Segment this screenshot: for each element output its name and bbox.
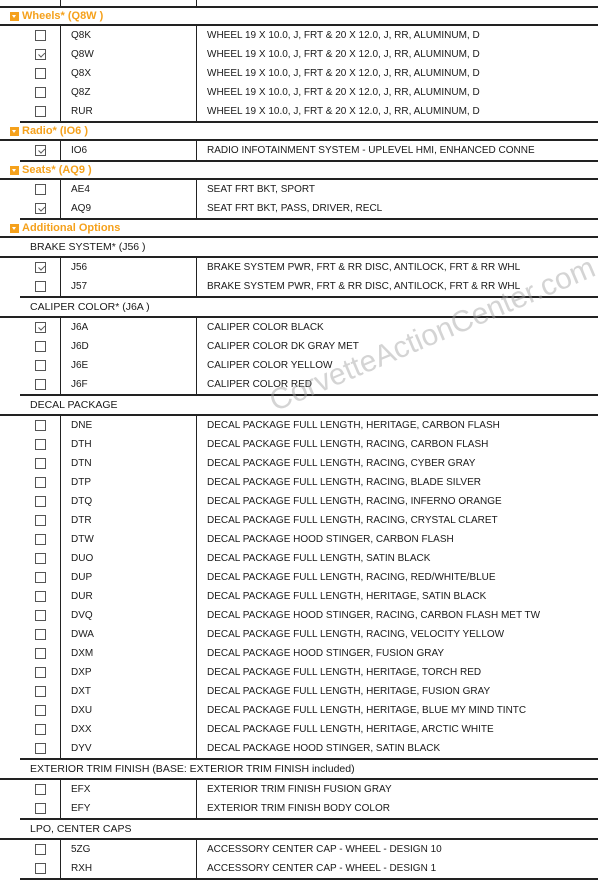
option-row[interactable]: DTPDECAL PACKAGE FULL LENGTH, RACING, BL… (20, 473, 598, 492)
option-code: DTQ (60, 492, 196, 511)
option-row[interactable]: Q8WWHEEL 19 X 10.0, J, FRT & 20 X 12.0, … (20, 45, 598, 64)
option-row[interactable]: DUPDECAL PACKAGE FULL LENGTH, RACING, RE… (20, 568, 598, 587)
option-description: DECAL PACKAGE FULL LENGTH, RACING, RED/W… (196, 568, 598, 587)
option-group-title: LPO, CENTER CAPS (0, 820, 598, 840)
checkbox[interactable] (35, 360, 46, 371)
option-description: SEAT FRT BKT, PASS, DRIVER, RECL (196, 199, 598, 218)
checkbox[interactable] (35, 68, 46, 79)
checkbox-cell (20, 26, 60, 45)
checkbox-cell (20, 720, 60, 739)
checkbox-cell (20, 780, 60, 799)
option-code: J6A (60, 318, 196, 337)
option-description: BRAKE SYSTEM PWR, FRT & RR DISC, ANTILOC… (196, 277, 598, 296)
option-code: J6E (60, 356, 196, 375)
wheels-options: Q8KWHEEL 19 X 10.0, J, FRT & 20 X 12.0, … (20, 26, 598, 123)
checkbox-cell (20, 83, 60, 102)
option-description: ACCESSORY CENTER CAP - WHEEL - DESIGN 10 (196, 840, 598, 859)
option-row[interactable]: DWADECAL PACKAGE FULL LENGTH, RACING, VE… (20, 625, 598, 644)
option-code: DYV (60, 739, 196, 758)
option-row[interactable]: DXTDECAL PACKAGE FULL LENGTH, HERITAGE, … (20, 682, 598, 701)
option-description: DECAL PACKAGE HOOD STINGER, FUSION GRAY (196, 644, 598, 663)
option-code: J6F (60, 375, 196, 394)
option-code: DXT (60, 682, 196, 701)
option-row[interactable]: Q8ZWHEEL 19 X 10.0, J, FRT & 20 X 12.0, … (20, 83, 598, 102)
checkbox[interactable] (35, 686, 46, 697)
checkbox[interactable] (35, 648, 46, 659)
option-row[interactable]: RXHACCESSORY CENTER CAP - WHEEL - DESIGN… (20, 859, 598, 878)
checkbox-cell (20, 258, 60, 277)
option-code: EFX (60, 780, 196, 799)
additional-options-groups: BRAKE SYSTEM* (J56 )J56BRAKE SYSTEM PWR,… (0, 238, 598, 880)
checkbox-cell (20, 587, 60, 606)
checkbox-cell (20, 45, 60, 64)
option-code: DXP (60, 663, 196, 682)
section-header-additional-options[interactable]: Additional Options (0, 220, 598, 238)
option-description: ACCESSORY CENTER CAP - WHEEL - DESIGN 1 (196, 859, 598, 878)
checkbox[interactable] (35, 439, 46, 450)
option-row[interactable]: DVQDECAL PACKAGE HOOD STINGER, RACING, C… (20, 606, 598, 625)
option-code: DTN (60, 454, 196, 473)
checkbox[interactable] (35, 803, 46, 814)
option-description: DECAL PACKAGE FULL LENGTH, HERITAGE, TOR… (196, 663, 598, 682)
option-group-title: CALIPER COLOR* (J6A ) (0, 298, 598, 318)
option-description: WHEEL 19 X 10.0, J, FRT & 20 X 12.0, J, … (196, 102, 598, 121)
option-code: DTR (60, 511, 196, 530)
collapse-arrow-icon[interactable] (10, 224, 19, 233)
option-description: DECAL PACKAGE FULL LENGTH, RACING, VELOC… (196, 625, 598, 644)
option-group-rows: EFXEXTERIOR TRIM FINISH FUSION GRAYEFYEX… (20, 780, 598, 820)
option-code: DTH (60, 435, 196, 454)
checkbox-cell (20, 859, 60, 878)
checkbox-cell (20, 141, 60, 160)
checkbox-cell (20, 625, 60, 644)
option-description: DECAL PACKAGE FULL LENGTH, RACING, BLADE… (196, 473, 598, 492)
checkbox[interactable] (35, 341, 46, 352)
option-row[interactable]: AE4SEAT FRT BKT, SPORT (20, 180, 598, 199)
checkbox-cell (20, 701, 60, 720)
checked-checkbox[interactable] (35, 145, 46, 156)
option-row[interactable]: DUODECAL PACKAGE FULL LENGTH, SATIN BLAC… (20, 549, 598, 568)
checkbox-cell (20, 180, 60, 199)
checkbox[interactable] (35, 496, 46, 507)
checkbox-cell (20, 492, 60, 511)
checkbox-cell (20, 356, 60, 375)
checkbox[interactable] (35, 458, 46, 469)
checkbox[interactable] (35, 863, 46, 874)
section-title: Additional Options (22, 222, 120, 234)
option-description: EXTERIOR TRIM FINISH FUSION GRAY (196, 780, 598, 799)
option-description: WHEEL 19 X 10.0, J, FRT & 20 X 12.0, J, … (196, 83, 598, 102)
option-code: DUR (60, 587, 196, 606)
checked-checkbox[interactable] (35, 322, 46, 333)
option-description: DECAL PACKAGE FULL LENGTH, HERITAGE, CAR… (196, 416, 598, 435)
section-header-wheels[interactable]: Wheels* (Q8W ) (0, 8, 598, 26)
option-row[interactable]: DXXDECAL PACKAGE FULL LENGTH, HERITAGE, … (20, 720, 598, 739)
option-group-title: EXTERIOR TRIM FINISH (BASE: EXTERIOR TRI… (0, 760, 598, 780)
option-description: WHEEL 19 X 10.0, J, FRT & 20 X 12.0, J, … (196, 45, 598, 64)
option-description: DECAL PACKAGE FULL LENGTH, RACING, CRYST… (196, 511, 598, 530)
option-row[interactable]: RURWHEEL 19 X 10.0, J, FRT & 20 X 12.0, … (20, 102, 598, 121)
checkbox-cell (20, 511, 60, 530)
option-code: Q8Z (60, 83, 196, 102)
checkbox[interactable] (35, 610, 46, 621)
option-code: AQ9 (60, 199, 196, 218)
checkbox[interactable] (35, 844, 46, 855)
option-description: DECAL PACKAGE HOOD STINGER, SATIN BLACK (196, 739, 598, 758)
option-row[interactable]: J6DCALIPER COLOR DK GRAY MET (20, 337, 598, 356)
checkbox[interactable] (35, 281, 46, 292)
option-code: DUO (60, 549, 196, 568)
option-description: DECAL PACKAGE HOOD STINGER, RACING, CARB… (196, 606, 598, 625)
checkbox[interactable] (35, 420, 46, 431)
checkbox-cell (20, 64, 60, 83)
previous-table-end (0, 0, 598, 8)
checkbox[interactable] (35, 667, 46, 678)
option-row[interactable]: DTQDECAL PACKAGE FULL LENGTH, RACING, IN… (20, 492, 598, 511)
option-description: BRAKE SYSTEM PWR, FRT & RR DISC, ANTILOC… (196, 258, 598, 277)
option-code: EFY (60, 799, 196, 818)
checked-checkbox[interactable] (35, 203, 46, 214)
option-code: J6D (60, 337, 196, 356)
option-description: CALIPER COLOR RED (196, 375, 598, 394)
option-code: DUP (60, 568, 196, 587)
option-code: 5ZG (60, 840, 196, 859)
checkbox-cell (20, 199, 60, 218)
option-description: WHEEL 19 X 10.0, J, FRT & 20 X 12.0, J, … (196, 26, 598, 45)
checkbox-cell (20, 644, 60, 663)
checkbox-cell (20, 799, 60, 818)
option-group-rows: DNEDECAL PACKAGE FULL LENGTH, HERITAGE, … (20, 416, 598, 760)
checkbox-cell (20, 318, 60, 337)
collapse-arrow-icon[interactable] (10, 127, 19, 136)
checked-checkbox[interactable] (35, 262, 46, 273)
option-code: AE4 (60, 180, 196, 199)
option-description: DECAL PACKAGE FULL LENGTH, HERITAGE, FUS… (196, 682, 598, 701)
checkbox[interactable] (35, 477, 46, 488)
option-row[interactable]: Q8KWHEEL 19 X 10.0, J, FRT & 20 X 12.0, … (20, 26, 598, 45)
option-row[interactable]: DURDECAL PACKAGE FULL LENGTH, HERITAGE, … (20, 587, 598, 606)
checkbox[interactable] (35, 784, 46, 795)
checkbox-cell (20, 549, 60, 568)
option-row[interactable]: DXPDECAL PACKAGE FULL LENGTH, HERITAGE, … (20, 663, 598, 682)
option-group-rows: J6ACALIPER COLOR BLACKJ6DCALIPER COLOR D… (20, 318, 598, 396)
option-code: DXX (60, 720, 196, 739)
option-row[interactable]: IO6RADIO INFOTAINMENT SYSTEM - UPLEVEL H… (20, 141, 598, 160)
option-row[interactable]: DYVDECAL PACKAGE HOOD STINGER, SATIN BLA… (20, 739, 598, 758)
option-code: DTP (60, 473, 196, 492)
checkbox-cell (20, 568, 60, 587)
option-code: Q8X (60, 64, 196, 83)
checkbox-cell (20, 375, 60, 394)
option-row[interactable]: EFYEXTERIOR TRIM FINISH BODY COLOR (20, 799, 598, 818)
option-description: DECAL PACKAGE FULL LENGTH, RACING, INFER… (196, 492, 598, 511)
checkbox-cell (20, 416, 60, 435)
checkbox[interactable] (35, 591, 46, 602)
option-code: Q8W (60, 45, 196, 64)
option-code: J56 (60, 258, 196, 277)
option-description: DECAL PACKAGE FULL LENGTH, HERITAGE, BLU… (196, 701, 598, 720)
checkbox[interactable] (35, 30, 46, 41)
option-description: DECAL PACKAGE FULL LENGTH, HERITAGE, ARC… (196, 720, 598, 739)
collapse-arrow-icon[interactable] (10, 12, 19, 21)
checkbox-cell (20, 682, 60, 701)
checkbox-cell (20, 337, 60, 356)
option-code: IO6 (60, 141, 196, 160)
option-row[interactable]: J6FCALIPER COLOR RED (20, 375, 598, 394)
checkbox[interactable] (35, 572, 46, 583)
checkbox-cell (20, 606, 60, 625)
checkbox[interactable] (35, 629, 46, 640)
checkbox-cell (20, 435, 60, 454)
section-title: Wheels* (Q8W ) (22, 10, 103, 22)
checkbox[interactable] (35, 724, 46, 735)
option-description: CALIPER COLOR DK GRAY MET (196, 337, 598, 356)
checkbox-cell (20, 663, 60, 682)
checkbox-cell (20, 840, 60, 859)
option-code: DTW (60, 530, 196, 549)
option-code: DWA (60, 625, 196, 644)
option-description: DECAL PACKAGE FULL LENGTH, HERITAGE, SAT… (196, 587, 598, 606)
checkbox-cell (20, 454, 60, 473)
option-description: RADIO INFOTAINMENT SYSTEM - UPLEVEL HMI,… (196, 141, 598, 160)
option-row[interactable]: DTWDECAL PACKAGE HOOD STINGER, CARBON FL… (20, 530, 598, 549)
checkbox[interactable] (35, 553, 46, 564)
section-title: Seats* (AQ9 ) (22, 164, 92, 176)
checkbox-cell (20, 473, 60, 492)
option-row[interactable]: 5ZGACCESSORY CENTER CAP - WHEEL - DESIGN… (20, 840, 598, 859)
collapse-arrow-icon[interactable] (10, 166, 19, 175)
option-description: DECAL PACKAGE FULL LENGTH, RACING, CARBO… (196, 435, 598, 454)
option-description: CALIPER COLOR BLACK (196, 318, 598, 337)
option-description: DECAL PACKAGE HOOD STINGER, CARBON FLASH (196, 530, 598, 549)
option-code: RUR (60, 102, 196, 121)
section-header-seats[interactable]: Seats* (AQ9 ) (0, 162, 598, 180)
option-group-rows: 5ZGACCESSORY CENTER CAP - WHEEL - DESIGN… (20, 840, 598, 880)
checkbox[interactable] (35, 106, 46, 117)
option-group-title: BRAKE SYSTEM* (J56 ) (0, 238, 598, 258)
checkbox-cell (20, 102, 60, 121)
checkbox-cell (20, 739, 60, 758)
option-row[interactable]: DXUDECAL PACKAGE FULL LENGTH, HERITAGE, … (20, 701, 598, 720)
section-title: Radio* (IO6 ) (22, 125, 88, 137)
option-code: RXH (60, 859, 196, 878)
option-code: DXM (60, 644, 196, 663)
seats-options: AE4SEAT FRT BKT, SPORTAQ9SEAT FRT BKT, P… (20, 180, 598, 220)
checkbox[interactable] (35, 743, 46, 754)
section-header-radio[interactable]: Radio* (IO6 ) (0, 123, 598, 141)
option-description: CALIPER COLOR YELLOW (196, 356, 598, 375)
option-description: EXTERIOR TRIM FINISH BODY COLOR (196, 799, 598, 818)
checkbox[interactable] (35, 379, 46, 390)
option-row[interactable]: EFXEXTERIOR TRIM FINISH FUSION GRAY (20, 780, 598, 799)
radio-options: IO6RADIO INFOTAINMENT SYSTEM - UPLEVEL H… (20, 141, 598, 162)
option-row[interactable]: DNEDECAL PACKAGE FULL LENGTH, HERITAGE, … (20, 416, 598, 435)
option-code: Q8K (60, 26, 196, 45)
checkbox[interactable] (35, 87, 46, 98)
checkbox[interactable] (35, 534, 46, 545)
option-code: J57 (60, 277, 196, 296)
option-row[interactable]: DTRDECAL PACKAGE FULL LENGTH, RACING, CR… (20, 511, 598, 530)
option-row[interactable]: J6ECALIPER COLOR YELLOW (20, 356, 598, 375)
checkbox-cell (20, 277, 60, 296)
option-code: DNE (60, 416, 196, 435)
checkbox[interactable] (35, 184, 46, 195)
option-description: DECAL PACKAGE FULL LENGTH, SATIN BLACK (196, 549, 598, 568)
option-row[interactable]: J57BRAKE SYSTEM PWR, FRT & RR DISC, ANTI… (20, 277, 598, 296)
option-group-rows: J56BRAKE SYSTEM PWR, FRT & RR DISC, ANTI… (20, 258, 598, 298)
option-description: SEAT FRT BKT, SPORT (196, 180, 598, 199)
checked-checkbox[interactable] (35, 49, 46, 60)
checkbox-cell (20, 530, 60, 549)
options-list: Wheels* (Q8W ) Q8KWHEEL 19 X 10.0, J, FR… (0, 0, 598, 880)
option-code: DXU (60, 701, 196, 720)
option-row[interactable]: AQ9SEAT FRT BKT, PASS, DRIVER, RECL (20, 199, 598, 218)
option-code: DVQ (60, 606, 196, 625)
option-group-title: DECAL PACKAGE (0, 396, 598, 416)
checkbox[interactable] (35, 515, 46, 526)
option-row[interactable]: J56BRAKE SYSTEM PWR, FRT & RR DISC, ANTI… (20, 258, 598, 277)
option-row[interactable]: DTNDECAL PACKAGE FULL LENGTH, RACING, CY… (20, 454, 598, 473)
option-row[interactable]: J6ACALIPER COLOR BLACK (20, 318, 598, 337)
option-row[interactable]: DTHDECAL PACKAGE FULL LENGTH, RACING, CA… (20, 435, 598, 454)
option-description: DECAL PACKAGE FULL LENGTH, RACING, CYBER… (196, 454, 598, 473)
checkbox[interactable] (35, 705, 46, 716)
option-description: WHEEL 19 X 10.0, J, FRT & 20 X 12.0, J, … (196, 64, 598, 83)
option-row[interactable]: Q8XWHEEL 19 X 10.0, J, FRT & 20 X 12.0, … (20, 64, 598, 83)
option-row[interactable]: DXMDECAL PACKAGE HOOD STINGER, FUSION GR… (20, 644, 598, 663)
